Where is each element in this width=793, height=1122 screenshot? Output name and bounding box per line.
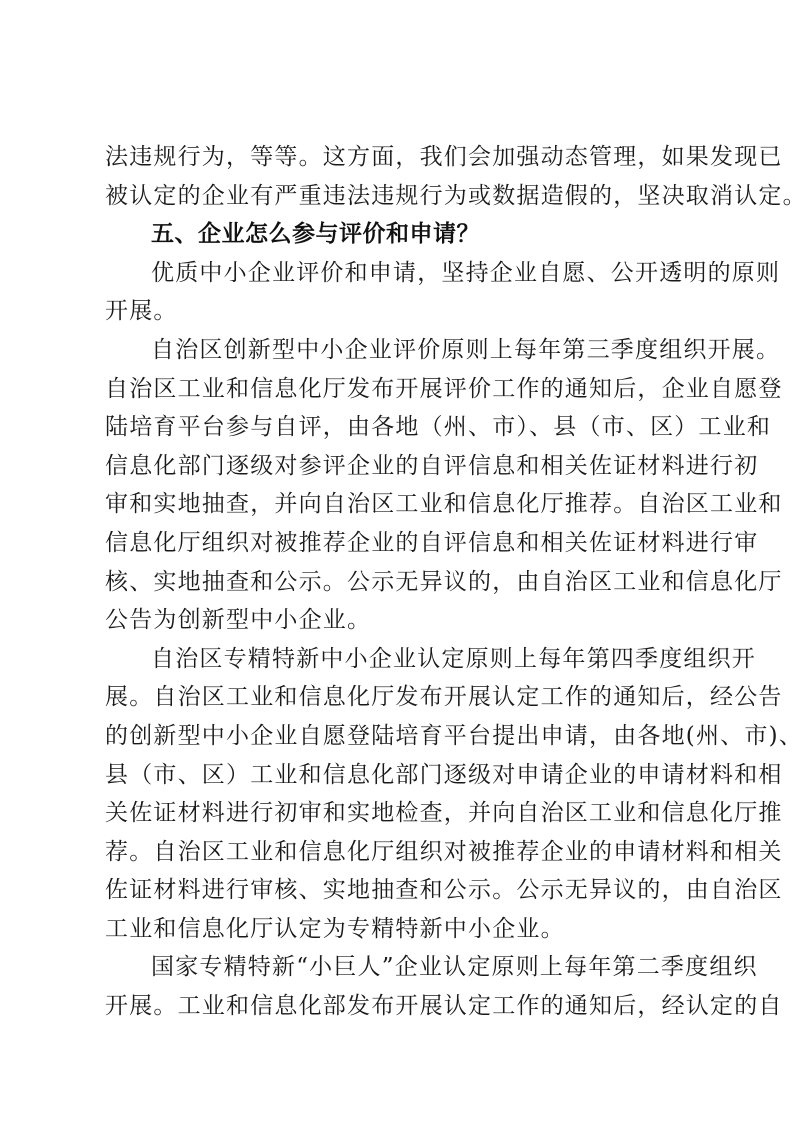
text-line: 开展。工业和信息化部发布开展认定工作的通知后，经认定的自 bbox=[105, 987, 702, 1026]
text-line: 被认定的企业有严重违法违规行为或数据造假的，坚决取消认定。 bbox=[105, 177, 702, 216]
section-heading: 五、企业怎么参与评价和申请？ bbox=[105, 215, 702, 254]
paragraph-start: 国家专精特新“小巨人”企业认定原则上每年第二季度组织 bbox=[105, 948, 702, 987]
text-line: 佐证材料进行审核、实地抽查和公示。公示无异议的，由自治区 bbox=[105, 871, 702, 910]
text-line: 县（市、区）工业和信息化部门逐级对申请企业的申请材料和相 bbox=[105, 756, 702, 795]
paragraph-start: 自治区创新型中小企业评价原则上每年第三季度组织开展。 bbox=[105, 331, 702, 370]
paragraph-start: 优质中小企业评价和申请，坚持企业自愿、公开透明的原则 bbox=[105, 254, 702, 293]
text-line: 法违规行为，等等。这方面，我们会加强动态管理，如果发现已 bbox=[105, 138, 702, 177]
document-page: 法违规行为，等等。这方面，我们会加强动态管理，如果发现已 被认定的企业有严重违法… bbox=[0, 0, 793, 1122]
text-line: 审和实地抽查，并向自治区工业和信息化厅推荐。自治区工业和 bbox=[105, 485, 702, 524]
text-line: 展。自治区工业和信息化厅发布开展认定工作的通知后，经公告 bbox=[105, 678, 702, 717]
text-line: 核、实地抽查和公示。公示无异议的，由自治区工业和信息化厅 bbox=[105, 563, 702, 602]
text-line: 陆培育平台参与自评，由各地（州、市）、县（市、区）工业和 bbox=[105, 408, 702, 447]
paragraph-start: 自治区专精特新中小企业认定原则上每年第四季度组织开 bbox=[105, 640, 702, 679]
document-body: 法违规行为，等等。这方面，我们会加强动态管理，如果发现已 被认定的企业有严重违法… bbox=[105, 138, 702, 1026]
text-line: 信息化部门逐级对参评企业的自评信息和相关佐证材料进行初 bbox=[105, 447, 702, 486]
text-line: 荐。自治区工业和信息化厅组织对被推荐企业的申请材料和相关 bbox=[105, 833, 702, 872]
text-line: 开展。 bbox=[105, 292, 702, 331]
text-line: 自治区工业和信息化厅发布开展评价工作的通知后，企业自愿登 bbox=[105, 370, 702, 409]
text-line: 公告为创新型中小企业。 bbox=[105, 601, 702, 640]
text-line: 关佐证材料进行初审和实地检查，并向自治区工业和信息化厅推 bbox=[105, 794, 702, 833]
text-line: 工业和信息化厅认定为专精特新中小企业。 bbox=[105, 910, 702, 949]
text-line: 信息化厅组织对被推荐企业的自评信息和相关佐证材料进行审 bbox=[105, 524, 702, 563]
text-line: 的创新型中小企业自愿登陆培育平台提出申请，由各地(州、市)、 bbox=[105, 717, 702, 756]
